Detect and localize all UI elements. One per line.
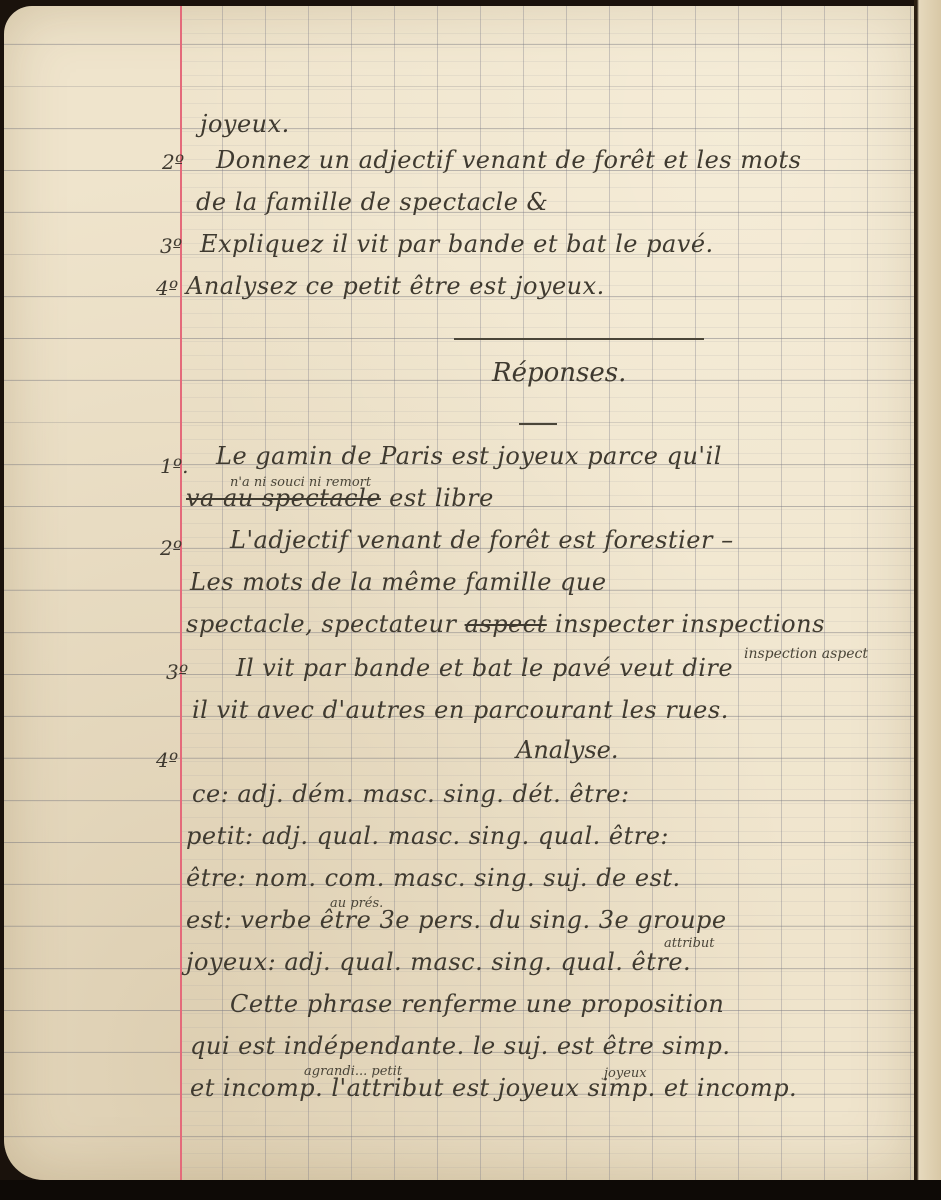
notebook-binding-edge: [914, 0, 941, 1182]
red-margin-line: [180, 6, 182, 1180]
answer-4-number: 4º: [156, 748, 178, 772]
section-title-reponses: Réponses.: [492, 358, 626, 388]
separator-rule: [454, 338, 704, 340]
answer-2-line-2: Les mots de la même famille que: [190, 568, 607, 596]
analysis-row-ce: ce: adj. dém. masc. sing. dét. être:: [192, 780, 630, 808]
analysis-row-est: est: verbe être 3e pers. du sing. 3e gro…: [186, 906, 727, 934]
answer-2-margin-note: inspection aspect: [744, 646, 868, 662]
analysis-summary-line-1: Cette phrase renferme une proposition: [230, 990, 724, 1018]
answer-1-line-1: Le gamin de Paris est joyeux parce qu'il: [216, 442, 722, 470]
answer-2-line-1: L'adjectif venant de forêt est forestier…: [230, 526, 734, 554]
notebook-page: joyeux. 2º Donnez un adjectif venant de …: [4, 6, 914, 1180]
question-4-number: 4º: [156, 276, 178, 300]
answer-2-struck-text: aspect: [465, 610, 547, 638]
answer-2-number: 2º: [160, 536, 182, 560]
answer-2-line-3: spectacle, spectateur aspect inspecter i…: [186, 610, 825, 638]
question-3-number: 3º: [160, 234, 182, 258]
answer-1-struck-text: va au spectacle: [186, 484, 381, 512]
question-2-text: Donnez un adjectif venant de forêt et le…: [216, 146, 801, 174]
answer-1-number: 1º.: [160, 454, 189, 478]
question-3-text: Expliquez il vit par bande et bat le pav…: [200, 230, 714, 258]
analysis-row-petit: petit: adj. qual. masc. sing. qual. être…: [186, 822, 669, 850]
answer-1-line-2-rest: est libre: [389, 484, 494, 512]
analysis-row-joyeux: joyeux: adj. qual. masc. sing. qual. êtr…: [186, 948, 691, 976]
analysis-title: Analyse.: [516, 736, 618, 764]
question-2-number: 2º: [162, 150, 184, 174]
answer-2-line-3-start: spectacle, spectateur: [186, 610, 456, 638]
answer-2-line-3-end: inspecter inspections: [555, 610, 825, 638]
question-1-tail: joyeux.: [200, 110, 290, 138]
answer-1-line-2: va au spectacle est libre: [186, 484, 494, 512]
answer-3-line-2: il vit avec d'autres en parcourant les r…: [192, 696, 729, 724]
analysis-row-etre: être: nom. com. masc. sing. suj. de est.: [186, 864, 681, 892]
title-underline: [519, 423, 557, 425]
question-2-continuation: de la famille de spectacle &: [196, 188, 548, 216]
question-4-text: Analysez ce petit être est joyeux.: [186, 272, 605, 300]
answer-3-line-1: Il vit par bande et bat le pavé veut dir…: [236, 654, 733, 682]
scan-background: [0, 1180, 941, 1200]
answer-3-number: 3º: [166, 660, 188, 684]
analysis-summary-line-2: qui est indépendante. le suj. est être s…: [190, 1032, 731, 1060]
analysis-summary-line-3: et incomp. l'attribut est joyeux simp. e…: [190, 1074, 797, 1102]
